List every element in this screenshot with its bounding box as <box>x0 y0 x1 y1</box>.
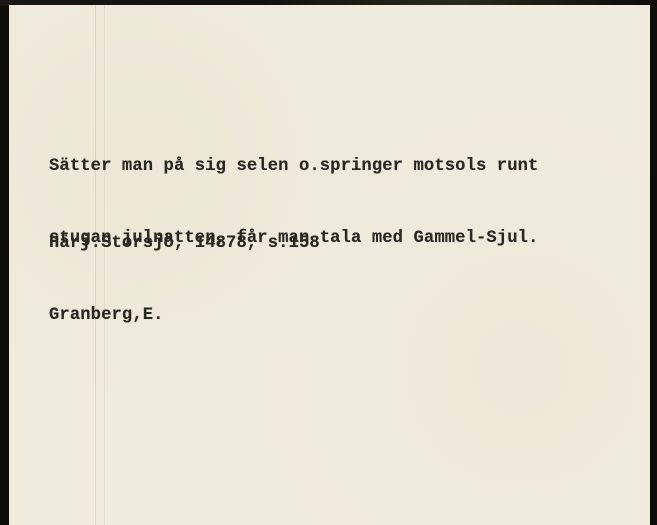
informant-name-line: Granberg,E. <box>49 304 320 328</box>
record-text-line: Sätter man på sig selen o.springer motso… <box>49 155 538 179</box>
scanned-archive-card: Sätter man på sig selen o.springer motso… <box>0 0 657 525</box>
source-reference: Härj.Storsjö, 14878, s.158 Granberg,E. <box>49 184 320 376</box>
source-location-line: Härj.Storsjö, 14878, s.158 <box>49 232 320 256</box>
